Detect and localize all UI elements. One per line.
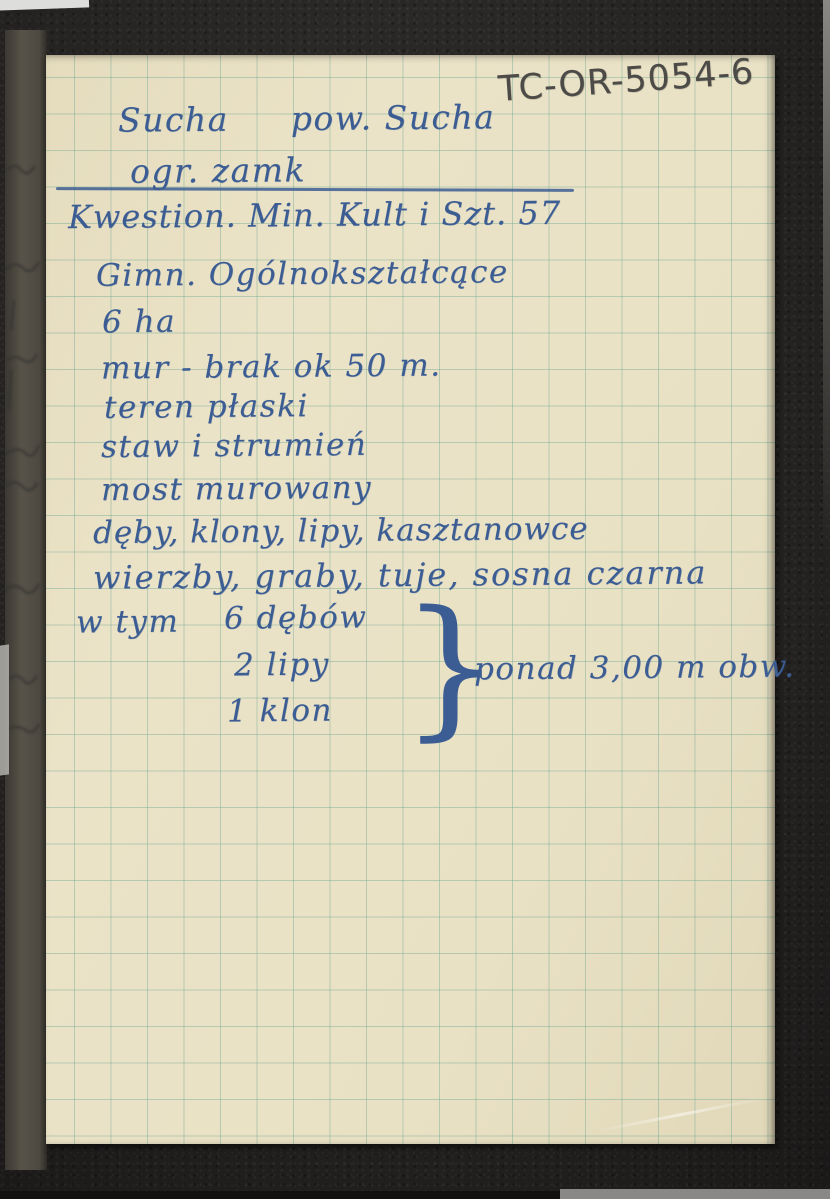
note-line: teren płaski: [104, 388, 309, 426]
summary-annotation: ponad 3,00 m obw.: [474, 649, 796, 688]
paper-crease: [595, 1096, 767, 1132]
source-line: Kwestion. Min. Kult i Szt. 57: [68, 194, 561, 236]
notebook-page: TC-OR-5054-6 Suchapow. Sucha ogr. zamk K…: [46, 55, 775, 1144]
ink-underline: [56, 187, 574, 192]
scanned-archive-card: { "page": { "catalog_number": "TC-OR-505…: [0, 0, 830, 1199]
summary-item: 6 dębów: [224, 599, 368, 636]
bleed-through-writing: [5, 30, 47, 1170]
title-gap: [229, 130, 291, 131]
note-line: dęby, klony, lipy, kasztanowce: [93, 511, 589, 551]
note-line: 6 ha: [102, 304, 176, 341]
place-name: Sucha: [118, 100, 229, 140]
scan-edge-artifact: [823, 0, 830, 560]
title-line: Suchapow. Sucha: [118, 97, 496, 139]
note-line: staw i strumień: [101, 427, 368, 465]
note-line: Gimn. Ogólnokształcące: [96, 254, 509, 294]
note-line: most murowany: [101, 470, 372, 508]
handwritten-brace: }: [400, 593, 474, 743]
subject-line: ogr. zamk: [130, 150, 306, 191]
previous-page-edge: [5, 30, 47, 1170]
summary-item: 2 lipy: [234, 647, 330, 684]
catalog-number: TC-OR-5054-6: [497, 52, 756, 110]
note-line: mur - brak ok 50 m.: [101, 348, 442, 387]
district-name: pow. Sucha: [291, 97, 496, 138]
scan-edge-artifact: [560, 1189, 830, 1199]
summary-item: 1 klon: [227, 693, 333, 730]
scan-edge-artifact: [0, 644, 9, 775]
summary-prefix: w tym: [76, 604, 180, 641]
